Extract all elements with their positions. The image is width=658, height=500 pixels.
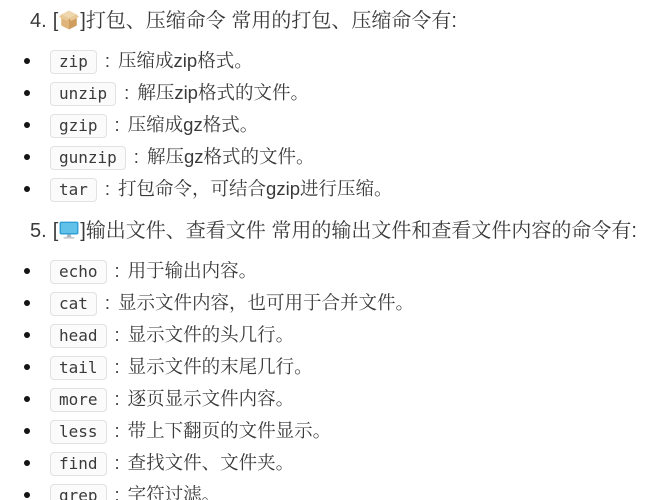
- list-item: cat:显示文件内容，也可用于合并文件。: [50, 291, 648, 316]
- section-output-view: 5.[]输出文件、查看文件 常用的输出文件和查看文件内容的命令有: echo:用…: [30, 218, 648, 500]
- bracket-open: [: [53, 10, 59, 32]
- command-chip: zip: [50, 50, 97, 74]
- list-item: zip:压缩成zip格式。: [50, 49, 648, 74]
- separator-colon: :: [115, 324, 120, 345]
- separator-colon: :: [115, 388, 120, 409]
- command-description: 用于输出内容。: [128, 260, 258, 281]
- command-chip: grep: [50, 484, 107, 500]
- section-pack-compress: 4.[]打包、压缩命令 常用的打包、压缩命令有: zip:压缩成zip格式。 u…: [30, 8, 648, 202]
- section-heading: 5.[]输出文件、查看文件 常用的输出文件和查看文件内容的命令有:: [30, 218, 648, 244]
- list-item: tar:打包命令，可结合gzip进行压缩。: [50, 177, 648, 202]
- heading-title: 输出文件、查看文件 常用的输出文件和查看文件内容的命令有:: [86, 220, 637, 242]
- command-description: 显示文件内容，也可用于合并文件。: [118, 292, 414, 313]
- list-item: more:逐页显示文件内容。: [50, 387, 648, 412]
- command-description: 查找文件、文件夹。: [128, 452, 295, 473]
- command-chip: gunzip: [50, 146, 126, 170]
- item-number: 4.: [30, 10, 47, 32]
- desktop-computer-icon: [59, 220, 79, 240]
- command-description: 逐页显示文件内容。: [128, 388, 295, 409]
- package-icon: [59, 10, 79, 30]
- command-list: zip:压缩成zip格式。 unzip:解压zip格式的文件。 gzip:压缩成…: [30, 49, 648, 202]
- command-description: 打包命令，可结合gzip进行压缩。: [118, 178, 392, 199]
- separator-colon: :: [124, 82, 129, 103]
- command-description: 显示文件的头几行。: [128, 324, 295, 345]
- section-heading: 4.[]打包、压缩命令 常用的打包、压缩命令有:: [30, 8, 648, 34]
- separator-colon: :: [115, 452, 120, 473]
- command-chip: unzip: [50, 82, 116, 106]
- bracket-open: [: [53, 220, 59, 242]
- heading-title: 打包、压缩命令 常用的打包、压缩命令有:: [86, 10, 457, 32]
- command-description: 显示文件的末尾几行。: [128, 356, 313, 377]
- list-item: gzip:压缩成gz格式。: [50, 113, 648, 138]
- command-description: 带上下翻页的文件显示。: [128, 420, 332, 441]
- separator-colon: :: [115, 114, 120, 135]
- item-number: 5.: [30, 220, 47, 242]
- separator-colon: :: [115, 484, 120, 500]
- separator-colon: :: [105, 50, 110, 71]
- command-chip: tar: [50, 178, 97, 202]
- command-description: 字符过滤。: [128, 484, 221, 500]
- command-description: 解压gz格式的文件。: [147, 146, 315, 167]
- separator-colon: :: [105, 292, 110, 313]
- command-description: 解压zip格式的文件。: [137, 82, 309, 103]
- list-item: head:显示文件的头几行。: [50, 323, 648, 348]
- list-item: find:查找文件、文件夹。: [50, 451, 648, 476]
- command-chip: gzip: [50, 114, 107, 138]
- command-chip: echo: [50, 260, 107, 284]
- separator-colon: :: [115, 420, 120, 441]
- command-chip: tail: [50, 356, 107, 380]
- list-item: gunzip:解压gz格式的文件。: [50, 145, 648, 170]
- command-chip: more: [50, 388, 107, 412]
- command-chip: less: [50, 420, 107, 444]
- command-description: 压缩成gz格式。: [128, 114, 259, 135]
- command-list: echo:用于输出内容。 cat:显示文件内容，也可用于合并文件。 head:显…: [30, 259, 648, 500]
- list-item: unzip:解压zip格式的文件。: [50, 81, 648, 106]
- separator-colon: :: [134, 146, 139, 167]
- separator-colon: :: [115, 260, 120, 281]
- separator-colon: :: [105, 178, 110, 199]
- list-item: tail:显示文件的末尾几行。: [50, 355, 648, 380]
- list-item: grep:字符过滤。: [50, 483, 648, 500]
- command-chip: head: [50, 324, 107, 348]
- command-chip: cat: [50, 292, 97, 316]
- document: 4.[]打包、压缩命令 常用的打包、压缩命令有: zip:压缩成zip格式。 u…: [30, 8, 648, 500]
- list-item: echo:用于输出内容。: [50, 259, 648, 284]
- command-chip: find: [50, 452, 107, 476]
- separator-colon: :: [115, 356, 120, 377]
- list-item: less:带上下翻页的文件显示。: [50, 419, 648, 444]
- command-description: 压缩成zip格式。: [118, 50, 253, 71]
